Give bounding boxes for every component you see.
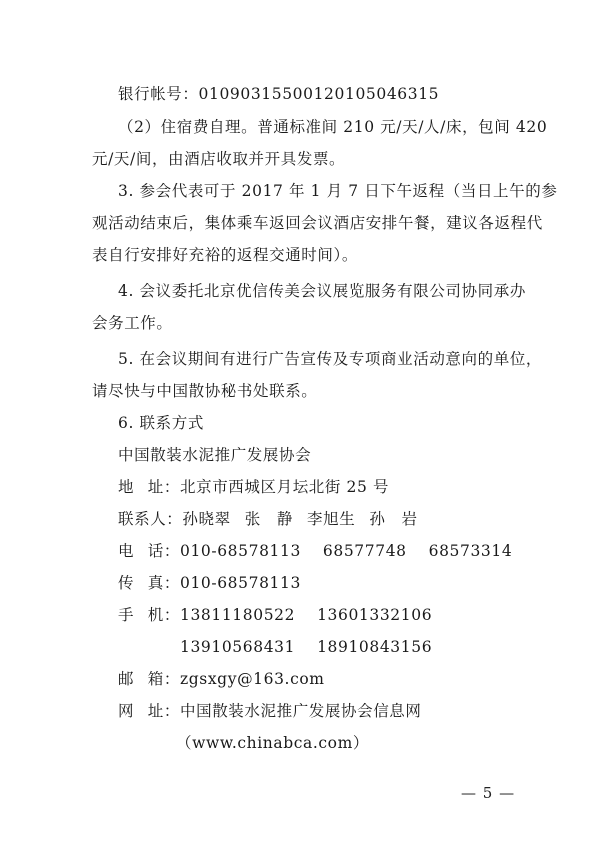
contact-name: 孙晓翠 bbox=[182, 510, 230, 528]
address-label: 地址： bbox=[118, 477, 180, 497]
address-value: 北京市西城区月坛北街 25 号 bbox=[180, 478, 389, 496]
contact-heading: 6. 联系方式 bbox=[118, 413, 204, 433]
document-page: 银行帐号：01090315500120105046315 （2）住宿费自理。普通… bbox=[0, 0, 600, 849]
mobile-value: 18910843156 bbox=[317, 638, 432, 656]
mobile-line-1: 手机：1381118052213601332106 bbox=[118, 605, 432, 625]
fax-label: 传真： bbox=[118, 573, 180, 593]
bank-account-line: 银行帐号：01090315500120105046315 bbox=[118, 84, 439, 104]
phone-label: 电话： bbox=[118, 541, 180, 561]
item-2-line-2: 元/天/间，由酒店收取并开具发票。 bbox=[92, 149, 345, 169]
email-label: 邮箱： bbox=[118, 669, 180, 689]
mobile-label: 手机： bbox=[118, 605, 180, 625]
website-label: 网址： bbox=[118, 701, 180, 721]
item-5-line-2: 请尽快与中国散协秘书处联系。 bbox=[92, 381, 317, 401]
website-value: 中国散装水泥推广发展协会信息网 bbox=[180, 702, 422, 720]
mobile-value: 13910568431 bbox=[180, 638, 295, 656]
phone-value: 68573314 bbox=[429, 542, 513, 560]
page-number: — 5 — bbox=[461, 784, 515, 802]
phone-value: 010-68578113 bbox=[180, 542, 301, 560]
item-4-line-2: 会务工作。 bbox=[92, 313, 173, 333]
item-5-line-1: 5. 在会议期间有进行广告宣传及专项商业活动意向的单位， bbox=[118, 349, 542, 369]
contact-name: 孙 岩 bbox=[369, 510, 417, 528]
item-3-line-2: 观活动结束后，集体乘车返回会议酒店安排午餐，建议各返程代 bbox=[92, 213, 543, 233]
mobile-value: 13601332106 bbox=[317, 606, 432, 624]
organization-name: 中国散装水泥推广发展协会 bbox=[118, 445, 311, 465]
contacts-label: 联系人： bbox=[118, 510, 182, 528]
contacts-line: 联系人：孙晓翠张 静李旭生孙 岩 bbox=[118, 509, 418, 529]
phone-line: 电话：010-685781136857774868573314 bbox=[118, 541, 512, 561]
contact-name: 张 静 bbox=[245, 510, 293, 528]
fax-value: 010-68578113 bbox=[180, 574, 301, 592]
item-2-line-1: （2）住宿费自理。普通标准间 210 元/天/人/床，包间 420 bbox=[118, 117, 547, 137]
website-line: 网址：中国散装水泥推广发展协会信息网 bbox=[118, 701, 422, 721]
item-3-line-3: 表自行安排好充裕的返程交通时间）。 bbox=[92, 245, 358, 265]
item-3-line-1: 3. 参会代表可于 2017 年 1 月 7 日下午返程（当日上午的参 bbox=[118, 181, 557, 201]
address-line: 地址：北京市西城区月坛北街 25 号 bbox=[118, 477, 389, 497]
bank-account-label: 银行帐号： bbox=[118, 85, 199, 103]
website-url: （www.chinabca.com） bbox=[176, 733, 369, 753]
fax-line: 传真：010-68578113 bbox=[118, 573, 301, 593]
phone-value: 68577748 bbox=[323, 542, 407, 560]
email-line: 邮箱：zgsxgy@163.com bbox=[118, 669, 325, 689]
email-value: zgsxgy@163.com bbox=[180, 670, 325, 688]
mobile-line-2: 1391056843118910843156 bbox=[180, 637, 432, 657]
bank-account-value: 01090315500120105046315 bbox=[199, 85, 440, 103]
mobile-value: 13811180522 bbox=[180, 606, 295, 624]
item-4-line-1: 4. 会议委托北京优信传美会议展览服务有限公司协同承办 bbox=[118, 281, 526, 301]
contact-name: 李旭生 bbox=[307, 510, 355, 528]
